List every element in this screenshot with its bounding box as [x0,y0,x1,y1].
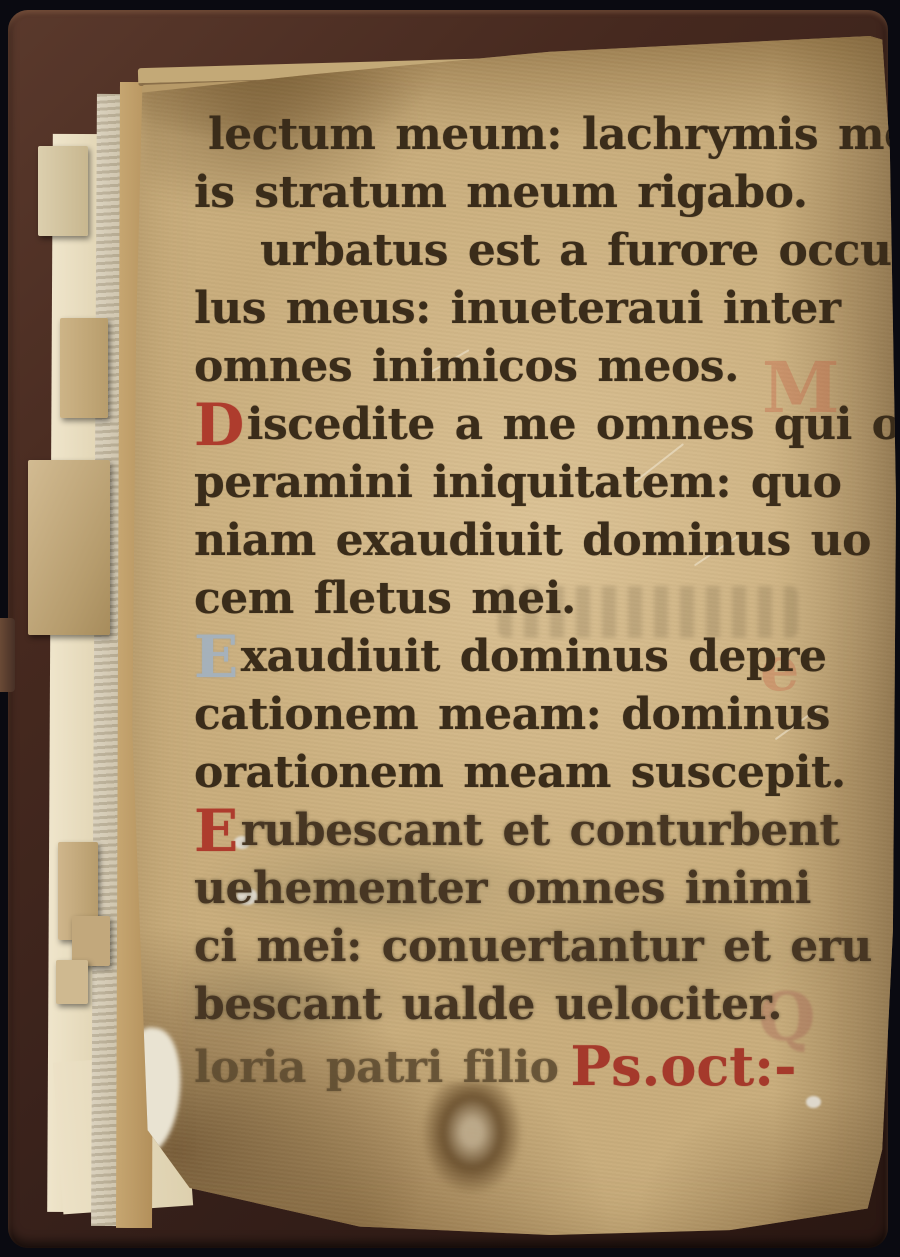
line-text: urbatus est a furore occu [260,225,891,276]
line-text: loria patri filio [194,1042,559,1093]
line-text: ci mei: conuertantur et eru [194,921,872,972]
illuminated-initial-red: D [194,403,244,447]
text-line: ci mei: conuertantur et eru [194,918,866,976]
text-line: niam exaudiuit dominus uo [194,512,866,570]
psalm-rubric: Ps.oct:- [571,1034,797,1098]
text-line: cationem meam: dominus [194,686,866,744]
index-tab [38,146,88,236]
text-line: lectum meum: lachrymis me [194,106,866,164]
illuminated-initial-blue: E [194,635,238,679]
line-text: iscedite a me omnes qui o [247,399,900,450]
text-line: orationem meam suscepit. [194,744,866,802]
line-text: lectum meum: lachrymis me [208,109,900,160]
line-text: cem fletus mei. [194,573,576,624]
text-line: omnes inimicos meos. [194,338,866,396]
line-text: is stratum meum rigabo. [194,167,808,218]
clasp-remnant [0,618,15,692]
line-text: rubescant et conturbent [241,805,839,856]
index-tab [56,960,88,1004]
index-tab [28,460,110,635]
index-tab [72,916,110,966]
parchment-damage [806,1096,821,1108]
text-line: Discedite a me omnes qui o [194,396,866,454]
line-text: omnes inimicos meos. [194,341,739,392]
text-line: lus meus: inueteraui inter [194,280,866,338]
line-text: uehementer omnes inimi [194,863,811,914]
line-text: xaudiuit dominus depre [241,631,827,682]
manuscript-page: M e Q lectum meum: lachrymis me is strat… [130,30,896,1235]
index-tab [60,318,108,418]
text-line: urbatus est a furore occu [194,222,866,280]
line-text: lus meus: inueteraui inter [194,283,841,334]
text-line: peramini iniquitatem: quo [194,454,866,512]
text-line: Exaudiuit dominus depre [194,628,866,686]
text-line: cem fletus mei. [194,570,866,628]
text-line: loria patri filioPs.oct:- [194,1034,866,1092]
line-text: niam exaudiuit dominus uo [194,515,871,566]
line-text: cationem meam: dominus [194,689,830,740]
line-text: bescant ualde uelociter. [194,979,782,1030]
parchment-stain [422,1082,522,1194]
illuminated-initial-red: E [194,809,238,853]
text-line: uehementer omnes inimi [194,860,866,918]
line-text: peramini iniquitatem: quo [194,457,842,508]
psalm-text-block: lectum meum: lachrymis me is stratum meu… [194,106,866,1092]
line-text: orationem meam suscepit. [194,747,846,798]
text-line: bescant ualde uelociter. [194,976,866,1034]
text-line: is stratum meum rigabo. [194,164,866,222]
photographed-manuscript: M e Q lectum meum: lachrymis me is strat… [0,0,900,1257]
text-line: Erubescant et conturbent [194,802,866,860]
